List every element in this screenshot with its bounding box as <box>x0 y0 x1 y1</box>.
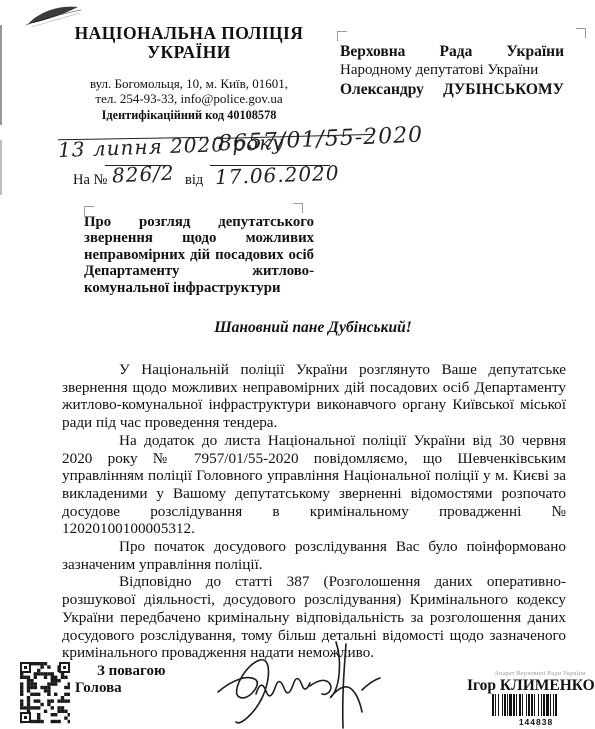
handwritten-signature <box>212 638 382 729</box>
addressee-institution: Верховна Рада України <box>340 42 564 61</box>
underline <box>210 165 330 166</box>
addressee-block: Верховна Рада України Народному депутато… <box>340 42 564 99</box>
barcode-number: 144838 <box>492 717 580 727</box>
closing-phrase: З повагою <box>97 663 165 680</box>
signer-name: Ігор КЛИМЕНКО <box>467 677 595 695</box>
org-contacts: тел. 254-93-33, info@police.gov.ua <box>58 91 320 106</box>
corner-mark <box>337 31 347 41</box>
registration-stamp-text: Апарат Верховної Ради України <box>494 670 586 677</box>
corner-mark <box>576 28 586 38</box>
org-name-line2: УКРАЇНИ <box>58 43 320 62</box>
incoming-number-prefix: На № <box>73 172 107 189</box>
barcode <box>492 694 580 716</box>
scan-edge-artifact <box>0 140 2 195</box>
org-id-code: Ідентифікаційний код 40108578 <box>58 108 320 122</box>
salutation: Шановний пане Дубінський! <box>148 319 478 337</box>
body-paragraph: Про початок досудового розслідування Вас… <box>62 538 566 573</box>
org-name-line1: НАЦІОНАЛЬНА ПОЛІЦІЯ <box>58 24 320 43</box>
corner-mark <box>293 203 303 213</box>
org-address: вул. Богомольця, 10, м. Київ, 01601, <box>58 76 320 91</box>
subject-block: Про розгляд депутатського звернення щодо… <box>84 214 314 296</box>
addressee-name: Олександру ДУБІНСЬКОМУ <box>340 80 564 99</box>
signer-position: Голова <box>75 680 122 697</box>
letter-body: У Національній поліції України розглянут… <box>62 361 566 662</box>
letterhead: НАЦІОНАЛЬНА ПОЛІЦІЯ УКРАЇНИ вул. Богомол… <box>58 24 320 122</box>
underline <box>105 165 170 166</box>
addressee-role: Народному депутатові України <box>340 61 564 80</box>
qr-code <box>20 662 70 724</box>
incoming-date-prefix: від <box>185 172 203 189</box>
body-paragraph: На додаток до листа Національної поліції… <box>62 432 566 538</box>
handwritten-outgoing-number: 8657/01/55-2020 <box>218 123 424 157</box>
registration-barcode-block: 144838 <box>492 694 580 727</box>
scanned-letter-page: НАЦІОНАЛЬНА ПОЛІЦІЯ УКРАЇНИ вул. Богомол… <box>0 0 595 729</box>
scan-edge-artifact <box>0 25 2 125</box>
body-paragraph: У Національній поліції України розглянут… <box>62 361 566 432</box>
